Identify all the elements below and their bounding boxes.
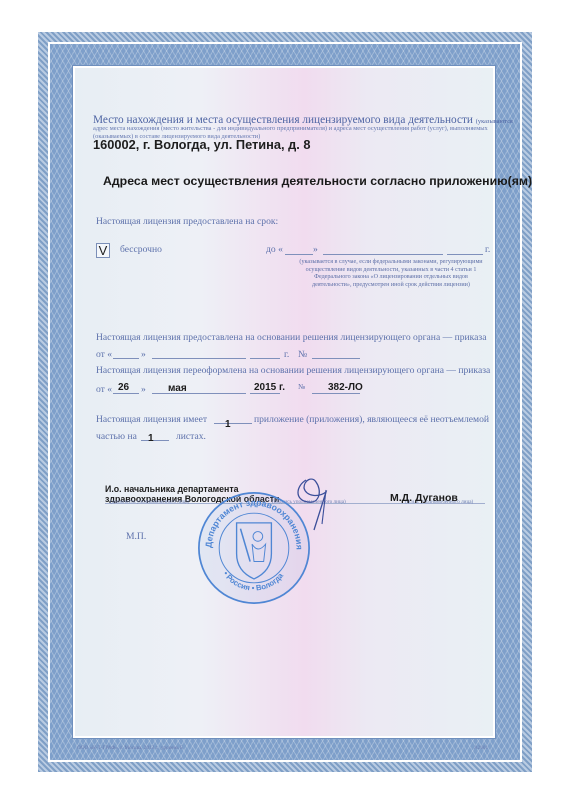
reissued-day-line [113,393,139,394]
reissued-from: от « [96,384,112,395]
location-heading-note: (указываются [476,118,513,125]
reissued-quote: » [141,384,146,395]
term-year-line [447,254,483,255]
official-seal-icon: Департамент здравоохранения Вологодской … [196,490,312,606]
term-year-suffix: г. [485,244,490,255]
term-indefinite-checkbox[interactable]: V [96,243,110,258]
reissued-no-label: № [298,382,305,391]
license-form-body [73,66,495,738]
reissued-month-line [152,393,246,394]
reissued-day: 26 [118,382,129,393]
reissued-year: 2015 г. [254,382,285,393]
seal-place: М.П. [126,531,146,542]
signer-name: М.Д. Дуганов [390,493,458,503]
reissued-no: 382-ЛО [328,382,363,393]
granted-no-label: № [298,349,307,360]
appendix-text-4: листах. [176,431,206,442]
appendix-count-line [214,423,252,424]
appendix-text-3: частью на [96,431,137,442]
granted-year: г. [284,349,289,360]
granted-quote: » [141,349,146,360]
appendix-sheets: 1 [148,433,154,444]
granted-day-line [113,358,139,359]
address-value: 160002, г. Вологда, ул. Петина, д. 8 [93,137,310,152]
term-month-line [323,254,443,255]
term-day-line [285,254,313,255]
granted-month-line [152,358,246,359]
position-caption: (должность уполномоченного лица) [110,499,189,505]
reissued-basis: Настоящая лицензия переоформлена на осно… [96,365,490,376]
term-label: Настоящая лицензия предоставлена на срок… [96,216,278,227]
granted-from: от « [96,349,112,360]
term-indefinite-label: бессрочно [120,244,162,255]
granted-basis: Настоящая лицензия предоставлена на осно… [96,332,486,343]
term-until-quote: » [313,244,318,255]
term-note: (указывается в случае, если федеральными… [298,259,484,289]
appendix-text-2: приложение (приложения), являющееся её н… [254,414,489,425]
granted-no-line [312,358,360,359]
footer-printer: ООО «Н-Т-ГРАФ», г. Москва, 2013 г., уров… [77,745,183,751]
granted-year-line [250,358,280,359]
places-note: Адреса мест осуществления деятельности с… [103,174,532,188]
term-until-prefix: до « [266,244,283,255]
reissued-month: мая [168,383,187,394]
footer-code: А2601 [474,745,488,751]
appendix-count: 1 [225,419,231,430]
reissued-no-line [312,393,360,394]
appendix-text-1: Настоящая лицензия имеет [96,414,207,425]
reissued-year-line [250,393,280,394]
appendix-sheets-line [141,440,169,441]
